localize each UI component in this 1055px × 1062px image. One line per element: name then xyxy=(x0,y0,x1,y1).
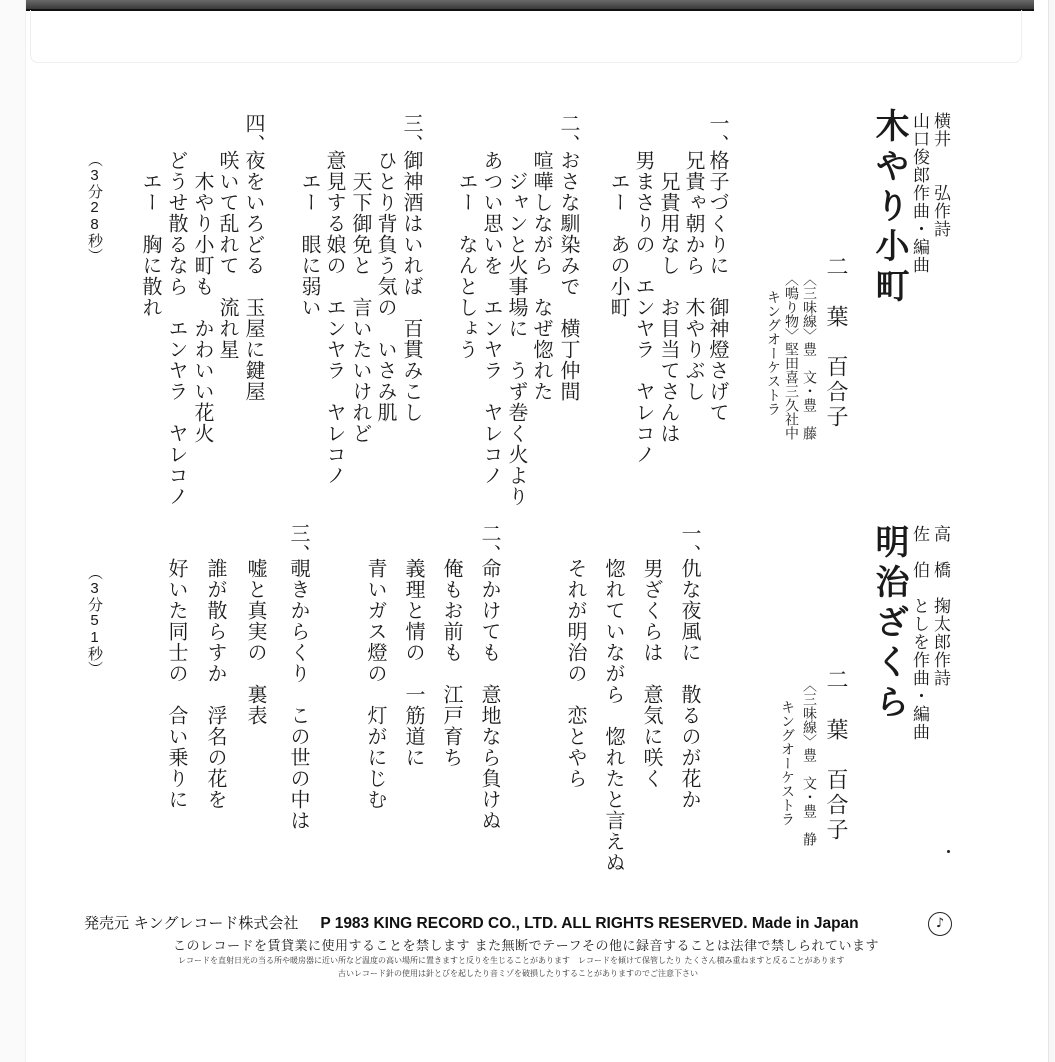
song-title: 明治ざくら xyxy=(866,524,906,724)
accompaniment-credit: 〈三味線〉豊 文・豊 藤 xyxy=(800,272,816,440)
rental-copy-notice: このレコードを賃貸業に使用することを禁します また無断でテーフその他に録音するこ… xyxy=(173,935,879,954)
lyric-line: 惚れていながら 惚れたと言えぬ xyxy=(600,558,624,873)
accompaniment-credit: キングオーケストラ xyxy=(764,290,780,416)
care-notice: レコードを直射日光の当る所や暖房器に近い所など温度の高い場所に置きますと反りを生… xyxy=(178,955,845,966)
verse-number: 二、 xyxy=(555,113,579,155)
duration: （3分51秒） xyxy=(84,565,102,676)
singer-name: 二 葉 百合子 xyxy=(820,668,846,843)
lyric-line: 兄貴用なし お目当てさんは xyxy=(655,150,679,444)
lyric-line: 仇な夜風に 散るのが花か xyxy=(676,558,700,810)
lyric-line: ひとり背負う気の いさみ肌 xyxy=(372,150,396,423)
copyright-notice: P 1983 KING RECORD CO., LTD. ALL RIGHTS … xyxy=(320,915,858,932)
lyric-line: 好いた同士の 合い乗りに xyxy=(163,558,187,810)
composer-credit: 佐 伯 としを作曲・編曲 xyxy=(907,525,927,741)
jacket-right-edge xyxy=(1048,0,1055,1062)
composer-credit: 山口俊郎作曲・編曲 xyxy=(907,112,927,274)
lyric-line: 意見する娘の エンヤラ ヤレコノ xyxy=(321,150,345,486)
accompaniment-credit: キングオーケストラ xyxy=(778,700,794,826)
jacket-flap xyxy=(30,10,1022,63)
verse-number: 四、 xyxy=(240,113,264,155)
duration: （3分28秒） xyxy=(84,152,102,263)
lyric-line: 義理と情の 一筋道に xyxy=(400,558,424,768)
lyric-line: 格子づくりに 御神燈さげて xyxy=(704,150,728,423)
lyric-line: 咲いて乱れて 流れ星 xyxy=(214,150,238,360)
lyric-line: エー 眼に弱い xyxy=(296,150,320,318)
king-record-logo-icon: ♪ xyxy=(928,912,952,936)
distributor: 発売元 キングレコード株式会社 xyxy=(84,914,298,932)
lyric-line: 喧嘩しながら なぜ惚れた xyxy=(528,150,552,402)
lyric-line: どうせ散るなら エンヤラ ヤレコノ xyxy=(163,150,187,507)
accompaniment-credit: 〈鳴り物〉堅田喜三久社中 xyxy=(782,272,798,440)
lyric-line: 天下御免と 言いたいけれど xyxy=(347,150,371,444)
lyricist-credit: 横井 弘作詩 xyxy=(928,112,948,238)
lyric-line: あつい思いを エンヤラ ヤレコノ xyxy=(478,150,502,486)
lyric-line: おさな馴染みで 横丁仲間 xyxy=(555,150,579,402)
lyric-line: 嘘と真実の 裏表 xyxy=(242,558,266,726)
needle-notice: 古いレコード針の使用は針とびを起したり音ミゾを破損したりすることがありますのでご… xyxy=(338,968,698,979)
lyric-line: 御神酒はいれば 百貫みこし xyxy=(398,150,422,423)
song-title: 木やり小町 xyxy=(866,108,906,308)
lyric-line: 兄貴ゃ朝から 木やりぶし xyxy=(680,150,704,402)
lyric-line: 命かけても 意地なら負けぬ xyxy=(476,558,500,831)
lyric-line: 男ざくらは 意気に咲く xyxy=(638,558,662,789)
singer-name: 二 葉 百合子 xyxy=(820,255,846,430)
accompaniment-credit: 〈三味線〉豊 文・豊 静 xyxy=(800,678,816,846)
lyric-line: 夜をいろどる 玉屋に鍵屋 xyxy=(240,150,264,402)
lyric-line: エー なんとしょう xyxy=(453,150,477,360)
lyric-line: 木やり小町も かわいい花火 xyxy=(189,150,213,444)
lyric-line: エー 胸に散れ xyxy=(137,150,161,318)
lyric-line: ジャンと火事場に うず巻く火より xyxy=(503,150,527,507)
lyric-line: 男まさりの エンヤラ ヤレコノ xyxy=(630,150,654,465)
lyric-line: 覗きからくり この世の中は xyxy=(285,558,309,831)
lyricist-credit: 高 橋 掬太郎作詩 xyxy=(928,525,948,687)
verse-number: 三、 xyxy=(398,113,422,155)
lyric-line: それが明治の 恋とやら xyxy=(562,558,586,789)
lyric-line: 俺もお前も 江戸育ち xyxy=(438,558,462,768)
lyric-line: 誰が散らすか 浮名の花を xyxy=(202,558,226,810)
lyric-line: 青いガス燈の 灯がにじむ xyxy=(362,558,386,810)
lyric-line: エー あの小町 xyxy=(605,150,629,318)
jacket-left-edge xyxy=(0,0,26,1062)
print-mark xyxy=(947,850,950,853)
verse-number: 一、 xyxy=(704,113,728,155)
publisher-line: 発売元 キングレコード株式会社P 1983 KING RECORD CO., L… xyxy=(84,912,859,933)
